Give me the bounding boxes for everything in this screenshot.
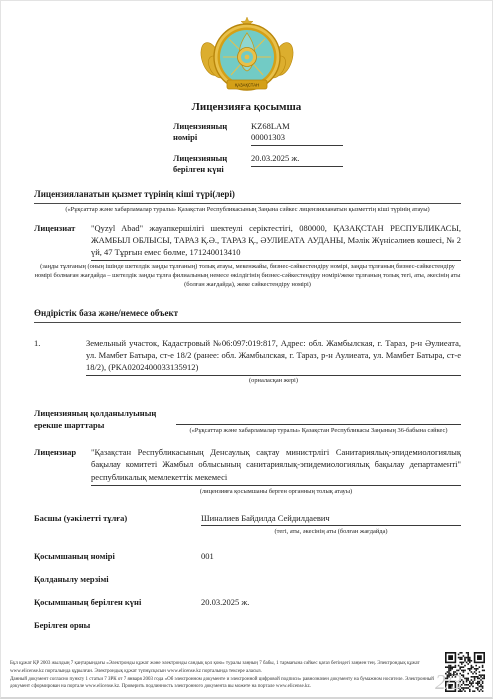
license-number-value: KZ68LAM 00001303 <box>251 121 343 146</box>
license-meta: Лицензияның номірі KZ68LAM 00001303 Лице… <box>173 121 403 175</box>
production-item-text: Земельный участок, Кадастровый №06:097:0… <box>86 337 461 376</box>
special-conditions-caption-cell: («Рұқсаттар және хабарламалар туралы» Қа… <box>176 424 461 436</box>
licensor-value: "Қазақстан Республикасының Денсаулық сақ… <box>91 446 461 485</box>
license-date-row: Лицензияның берілген күні 20.03.2025 ж. <box>173 153 403 175</box>
validity-label: Қолданылу мерзімі <box>34 574 201 584</box>
attachment-date-value: 20.03.2025 ж. <box>201 597 461 607</box>
licensee-caption: (заңды тұлғаның (оның ішінде шетелдік за… <box>34 263 461 290</box>
production-item-row: 1. Земельный участок, Кадастровый №06:09… <box>34 337 461 376</box>
license-number-line2: 00001303 <box>251 132 343 143</box>
subtype-caption: («Рұқсаттар және хабарламалар туралы» Қа… <box>48 206 447 215</box>
license-number-row: Лицензияның номірі KZ68LAM 00001303 <box>173 121 403 146</box>
attachment-date-label: Қосымшаның берілген күні <box>34 597 201 607</box>
attachment-number-label: Қосымшаның номірі <box>34 551 201 561</box>
license-number-label: Лицензияның номірі <box>173 121 243 146</box>
validity-value <box>201 574 461 584</box>
head-official-caption: (тегі, аты, әкесінің аты (болған жағдайд… <box>201 528 461 537</box>
place-value <box>201 620 461 630</box>
license-date-value: 20.03.2025 ж. <box>251 153 343 167</box>
license-attachment-document: ҚАЗАҚСТАН Лицензияға қосымша Лицензияның… <box>0 0 493 699</box>
attachment-date-row: Қосымшаның берілген күні 20.03.2025 ж. <box>34 597 461 607</box>
head-official-row: Басшы (уәкілетті тұлға) Шиналиев Байдилд… <box>34 513 461 537</box>
production-item-number: 1. <box>34 337 86 376</box>
special-conditions-label: Лицензияның қолданылуының ерекше шарттар… <box>34 408 176 436</box>
license-date-label: Лицензияның берілген күні <box>173 153 243 175</box>
special-conditions-row: Лицензияның қолданылуының ерекше шарттар… <box>34 408 461 436</box>
place-row: Берілген орны <box>34 620 461 630</box>
legal-footer: Бұл құжат ҚР 2003 жылдың 7 қаңтарындағы … <box>10 660 440 691</box>
licensee-row: Лицензиат "Qyzyl Abad" жауапкершілігі ше… <box>34 222 461 261</box>
emblem-banner-text: ҚАЗАҚСТАН <box>234 83 258 88</box>
document-body: Лицензияланатын қызмет түрінің кіші түрі… <box>34 189 461 629</box>
subtype-heading: Лицензияланатын қызмет түрінің кіші түрі… <box>34 189 461 204</box>
document-title: Лицензияға қосымша <box>1 101 492 113</box>
attachment-number-row: Қосымшаның номірі 001 <box>34 551 461 561</box>
production-heading: Өндірістік база және/немесе объект <box>34 308 461 323</box>
legal-footer-ru: Данный документ согласно пункту 1 статьи… <box>10 676 440 692</box>
licensee-value: "Qyzyl Abad" жауапкершілігі шектеулі сер… <box>91 222 461 261</box>
head-official-value: Шиналиев Байдилда Сейдилдаевич <box>201 513 461 526</box>
licensee-label: Лицензиат <box>34 222 91 261</box>
production-caption-row: (орналасқан жері) <box>34 376 461 386</box>
place-label: Берілген орны <box>34 620 201 630</box>
license-number-line1: KZ68LAM <box>251 121 343 132</box>
validity-row: Қолданылу мерзімі <box>34 574 461 584</box>
production-caption: (орналасқан жері) <box>86 377 461 386</box>
licensor-caption: (лицензияға қосымшаны берген органның то… <box>91 488 461 497</box>
emblem-container: ҚАЗАҚСТАН <box>1 1 492 95</box>
legal-footer-kk: Бұл құжат ҚР 2003 жылдың 7 қаңтарындағы … <box>10 660 440 676</box>
page-watermark: 2/3 <box>435 670 462 695</box>
head-official-label: Басшы (уәкілетті тұлға) <box>34 513 201 537</box>
attachment-number-value: 001 <box>201 551 461 561</box>
special-conditions-caption: («Рұқсаттар және хабарламалар туралы» Қа… <box>176 427 461 436</box>
licensor-label: Лицензиар <box>34 446 91 496</box>
licensor-row: Лицензиар "Қазақстан Республикасының Ден… <box>34 446 461 496</box>
kazakhstan-emblem-icon: ҚАЗАҚСТАН <box>197 17 297 95</box>
